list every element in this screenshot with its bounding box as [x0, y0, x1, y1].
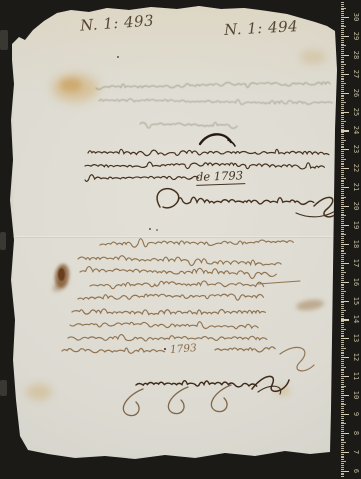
- ruler-tick: [341, 267, 344, 268]
- ruler-tick: [341, 212, 344, 213]
- ruler-tick: [341, 153, 344, 154]
- ruler-tick: [341, 257, 344, 258]
- ruler-tick: [341, 331, 344, 332]
- ruler-tick: [341, 108, 344, 109]
- ruler-tick: [341, 147, 344, 148]
- ruler-tick: [341, 45, 346, 46]
- ruler-tick: [341, 138, 344, 139]
- ruler-tick: [341, 34, 344, 35]
- bleed-through-text: [96, 82, 332, 128]
- ruler-tick: [341, 265, 344, 266]
- ruler-tick: [341, 79, 344, 80]
- flourish-loops: [123, 385, 231, 416]
- ruler-tick: [341, 348, 346, 349]
- ruler-tick: [341, 429, 344, 430]
- ruler-tick: [341, 246, 344, 247]
- scan-background: N. 1: 493 N. 1: 494 de 1793 1793 3029282…: [0, 0, 361, 479]
- ruler-number: 29: [352, 29, 360, 43]
- handwriting-line: [85, 162, 324, 169]
- ruler-tick: [341, 172, 344, 173]
- ruler-tick: [341, 89, 344, 90]
- ruler-tick: [341, 64, 346, 65]
- ruler-number: 28: [352, 48, 360, 62]
- ruler-tick: [341, 416, 344, 417]
- ruler-tick: [341, 202, 344, 203]
- ruler-tick: [341, 214, 344, 215]
- ruler-tick: [341, 161, 344, 162]
- ruler-tick: [341, 382, 344, 383]
- ruler-tick: [341, 72, 344, 73]
- ruler-tick: [341, 123, 344, 124]
- ruler-tick: [341, 442, 346, 443]
- ruler-tick: [341, 98, 344, 99]
- ruler-tick: [341, 456, 344, 457]
- ruler-tick: [341, 406, 344, 407]
- ruler-tick: [341, 403, 344, 404]
- ruler-tick: [341, 261, 344, 262]
- ruler-tick: [341, 13, 344, 14]
- ruler-tick: [341, 198, 344, 199]
- ruler-tick: [341, 465, 344, 466]
- ruler-tick: [341, 174, 344, 175]
- document-page: N. 1: 493 N. 1: 494 de 1793 1793: [0, 0, 361, 479]
- ruler-number: 15: [352, 294, 360, 308]
- ruler-tick: [341, 448, 344, 449]
- ruler-tick: [341, 26, 346, 27]
- ruler-tick: [341, 40, 344, 41]
- handwriting-line: [80, 267, 276, 279]
- ruler-tick: [341, 335, 344, 336]
- handwriting-layer: [0, 0, 361, 479]
- ruler-tick: [341, 185, 344, 186]
- ruler-tick: [341, 132, 344, 133]
- second-entry-text: [62, 239, 300, 354]
- ruler-tick: [341, 325, 344, 326]
- handwriting-line: [100, 239, 293, 248]
- ruler-tick: [341, 391, 344, 392]
- ruler-tick: [341, 389, 344, 390]
- ruler-tick: [341, 408, 344, 409]
- ruler-tick: [341, 425, 344, 426]
- ruler-tick: [341, 96, 344, 97]
- ruler-tick: [341, 285, 344, 286]
- ruler-tick: [341, 302, 344, 303]
- ruler-tick: [341, 215, 346, 216]
- ruler-number: 14: [352, 312, 360, 326]
- ruler-tick: [341, 32, 344, 33]
- ruler-tick: [341, 333, 344, 334]
- ruler-tick: [341, 268, 344, 269]
- ruler-tick: [341, 21, 344, 22]
- handwriting-line: [96, 82, 330, 89]
- ruler-tick: [341, 164, 344, 165]
- ruler-tick: [341, 280, 344, 281]
- ruler-tick: [341, 204, 344, 205]
- ruler-tick: [341, 353, 344, 354]
- ruler-tick: [341, 459, 344, 460]
- ruler-tick: [341, 233, 344, 234]
- ruler-tick: [341, 57, 344, 58]
- final-signature: [136, 376, 289, 394]
- ruler-tick: [341, 140, 346, 141]
- ruler-tick: [341, 251, 344, 252]
- ruler-tick: [341, 170, 344, 171]
- ruler-tick: [341, 384, 344, 385]
- ruler-number: 7: [352, 445, 360, 459]
- ruler-number: 23: [352, 142, 360, 156]
- ruler-tick: [341, 270, 344, 271]
- ruler-tick: [341, 30, 344, 31]
- background-debris: [0, 30, 8, 50]
- ruler-tick: [341, 278, 344, 279]
- handwriting-line: [72, 309, 265, 315]
- ruler-tick: [341, 350, 344, 351]
- ruler-tick: [341, 467, 344, 468]
- ruler-tick: [341, 217, 344, 218]
- ruler-tick: [341, 295, 344, 296]
- ruler-tick: [341, 378, 344, 379]
- ruler-tick: [341, 255, 344, 256]
- ruler-tick: [341, 134, 344, 135]
- ruler-number: 19: [352, 218, 360, 232]
- ruler-tick: [341, 321, 344, 322]
- ruler-tick: [341, 404, 346, 405]
- ruler-tick: [341, 344, 344, 345]
- ruler-tick: [341, 234, 346, 235]
- handwriting-line: [70, 322, 258, 329]
- ruler-tick: [341, 293, 344, 294]
- ruler-tick: [341, 253, 346, 254]
- prior-signature: [157, 189, 340, 217]
- ruler-tick: [341, 440, 344, 441]
- ruler-number: 17: [352, 256, 360, 270]
- ruler-tick: [341, 463, 344, 464]
- ruler-number: 16: [352, 275, 360, 289]
- ruler-tick: [341, 155, 344, 156]
- handwriting-line: [88, 149, 329, 155]
- ruler-tick: [341, 310, 346, 311]
- ruler-tick: [341, 6, 344, 7]
- date-flourish: [280, 347, 314, 370]
- ruler-tick: [341, 238, 344, 239]
- ruler-tick: [341, 229, 344, 230]
- ruler-tick: [341, 431, 344, 432]
- ruler-tick: [341, 104, 344, 105]
- ruler-tick: [341, 469, 344, 470]
- ruler-tick: [341, 340, 344, 341]
- ruler-tick: [341, 427, 344, 428]
- ruler: 3029282726252423222120191817161514131211…: [340, 0, 361, 479]
- ruler-tick: [341, 361, 344, 362]
- ruler-tick: [341, 191, 344, 192]
- ruler-tick: [341, 197, 346, 198]
- ruler-tick: [341, 312, 344, 313]
- ruler-tick: [341, 83, 346, 84]
- ruler-tick: [341, 289, 344, 290]
- handwriting-line: [136, 381, 257, 387]
- ruler-tick: [341, 23, 344, 24]
- ruler-number: 26: [352, 86, 360, 100]
- handwriting-line: [78, 256, 281, 266]
- ruler-tick: [341, 365, 344, 366]
- ruler-tick: [341, 42, 344, 43]
- ruler-tick: [341, 44, 344, 45]
- ruler-tick: [341, 227, 344, 228]
- ruler-tick: [341, 318, 344, 319]
- ruler-tick: [341, 372, 344, 373]
- ruler-tick: [341, 176, 344, 177]
- ruler-tick: [341, 221, 344, 222]
- handwriting-line: [68, 335, 267, 341]
- ruler-tick: [341, 418, 344, 419]
- ruler-tick: [341, 422, 344, 423]
- ruler-tick: [341, 125, 344, 126]
- ruler-tick: [341, 223, 344, 224]
- ruler-tick: [341, 49, 344, 50]
- ruler-number: 27: [352, 67, 360, 81]
- ruler-tick: [341, 327, 344, 328]
- ruler-number: 25: [352, 105, 360, 119]
- handwriting-line: [78, 294, 264, 300]
- ruler-tick: [341, 95, 344, 96]
- ruler-tick: [341, 129, 344, 130]
- ruler-tick: [341, 119, 344, 120]
- ruler-number: 10: [352, 388, 360, 402]
- ruler-tick: [341, 208, 344, 209]
- ruler-tick: [341, 236, 344, 237]
- background-debris: [0, 380, 7, 396]
- ruler-tick: [341, 314, 344, 315]
- ruler-tick: [341, 363, 344, 364]
- ruler-number: 11: [352, 369, 360, 383]
- ruler-tick: [341, 306, 344, 307]
- ruler-tick: [341, 195, 344, 196]
- ruler-tick: [341, 91, 344, 92]
- ruler-tick: [341, 250, 344, 251]
- ruler-tick: [341, 446, 344, 447]
- ruler-tick: [341, 439, 344, 440]
- handwriting-line: [62, 348, 165, 353]
- ruler-tick: [341, 25, 344, 26]
- ruler-tick: [341, 159, 346, 160]
- ruler-tick: [341, 367, 346, 368]
- ruler-tick: [341, 476, 344, 477]
- ruler-tick: [341, 412, 344, 413]
- ruler-tick: [341, 53, 344, 54]
- ruler-tick: [341, 115, 344, 116]
- ruler-number: 6: [352, 464, 360, 478]
- ruler-number: 8: [352, 426, 360, 440]
- ruler-tick: [341, 323, 344, 324]
- ruler-tick: [341, 304, 344, 305]
- ruler-tick: [341, 342, 344, 343]
- background-debris: [0, 232, 6, 250]
- ruler-tick: [341, 231, 344, 232]
- ruler-tick: [341, 299, 344, 300]
- ruler-tick: [341, 397, 344, 398]
- ruler-tick: [341, 473, 344, 474]
- ruler-tick: [341, 316, 344, 317]
- handwriting-line: [90, 281, 264, 289]
- ink-blot: [200, 134, 235, 146]
- ruler-tick: [341, 399, 344, 400]
- ruler-tick: [341, 461, 346, 462]
- ruler-tick: [341, 110, 344, 111]
- ruler-tick: [341, 62, 344, 63]
- ruler-tick: [341, 240, 344, 241]
- ruler-tick: [341, 8, 346, 9]
- ruler-tick: [341, 78, 344, 79]
- ruler-tick: [341, 11, 344, 12]
- ruler-number: 18: [352, 237, 360, 251]
- ruler-tick: [341, 346, 344, 347]
- ruler-tick: [341, 369, 344, 370]
- ruler-tick: [341, 437, 344, 438]
- ruler-tick: [341, 117, 344, 118]
- handwriting-line: [85, 175, 198, 182]
- ruler-tick: [341, 51, 344, 52]
- ruler-tick: [341, 287, 344, 288]
- ruler-tick: [341, 291, 346, 292]
- ruler-tick: [341, 166, 344, 167]
- ruler-tick: [341, 38, 344, 39]
- ruler-tick: [341, 142, 344, 143]
- ruler-tick: [341, 66, 344, 67]
- ruler-number: 24: [352, 123, 360, 137]
- ruler-tick: [341, 380, 344, 381]
- ruler-tick: [341, 70, 344, 71]
- ruler-tick: [341, 178, 346, 179]
- ruler-tick: [341, 435, 344, 436]
- ruler-tick: [341, 308, 344, 309]
- ruler-tick: [341, 410, 344, 411]
- ruler-tick: [341, 420, 344, 421]
- ruler-tick: [341, 355, 344, 356]
- ruler-tick: [341, 242, 344, 243]
- ruler-tick: [341, 163, 344, 164]
- ruler-tick: [341, 474, 344, 475]
- ruler-tick: [341, 387, 344, 388]
- ruler-tick: [341, 219, 344, 220]
- ruler-tick: [341, 121, 346, 122]
- ruler-tick: [341, 374, 344, 375]
- ruler-tick: [341, 454, 344, 455]
- ruler-tick: [341, 401, 344, 402]
- ruler-tick: [341, 47, 344, 48]
- ruler-tick: [341, 19, 344, 20]
- ruler-tick: [341, 352, 344, 353]
- ruler-tick: [341, 136, 344, 137]
- ruler-tick: [341, 157, 344, 158]
- ruler-tick: [341, 193, 344, 194]
- ruler-tick: [341, 180, 344, 181]
- handwriting-line: [178, 197, 314, 204]
- ruler-tick: [341, 68, 344, 69]
- handwriting-line: [140, 122, 237, 128]
- ruler-tick: [341, 59, 344, 60]
- ruler-tick: [341, 28, 344, 29]
- ruler-tick: [341, 151, 344, 152]
- ruler-tick: [341, 359, 344, 360]
- ruler-tick: [341, 15, 344, 16]
- ruler-tick: [341, 106, 344, 107]
- ruler-tick: [341, 100, 344, 101]
- ruler-tick: [341, 87, 344, 88]
- ruler-tick: [341, 146, 344, 147]
- ruler-tick: [341, 181, 344, 182]
- ruler-tick: [341, 85, 344, 86]
- ruler-tick: [341, 183, 344, 184]
- ruler-number: 21: [352, 180, 360, 194]
- ruler-tick: [341, 457, 344, 458]
- handwriting-line: [215, 347, 275, 352]
- ruler-number: 12: [352, 350, 360, 364]
- ruler-tick: [341, 81, 344, 82]
- entry-date-fragment: de 1793: [196, 168, 246, 186]
- ruler-tick: [341, 102, 346, 103]
- ruler-tick: [341, 9, 344, 10]
- ruler-tick: [341, 144, 344, 145]
- ruler-tick: [341, 200, 344, 201]
- ruler-number: 13: [352, 331, 360, 345]
- ruler-tick: [341, 248, 344, 249]
- ruler-tick: [341, 276, 344, 277]
- ruler-tick: [341, 272, 346, 273]
- ruler-number: 22: [352, 161, 360, 175]
- ruler-tick: [341, 210, 344, 211]
- ruler-tick: [341, 4, 344, 5]
- ruler-tick: [341, 76, 344, 77]
- ruler-tick: [341, 113, 344, 114]
- ruler-tick: [341, 444, 344, 445]
- ruler-tick: [341, 259, 344, 260]
- ruler-tick: [341, 370, 344, 371]
- ruler-tick: [341, 189, 344, 190]
- ruler-tick: [341, 127, 344, 128]
- ruler-tick: [341, 386, 346, 387]
- ruler-number: 30: [352, 10, 360, 24]
- ruler-tick: [341, 2, 344, 3]
- ruler-tick: [341, 61, 344, 62]
- ruler-number: 20: [352, 199, 360, 213]
- ruler-tick: [341, 284, 344, 285]
- ruler-tick: [341, 274, 344, 275]
- ruler-tick: [341, 450, 344, 451]
- ruler-tick: [341, 393, 344, 394]
- ruler-tick: [341, 297, 344, 298]
- ruler-tick: [341, 336, 344, 337]
- ruler-number: 9: [352, 407, 360, 421]
- ruler-tick: [341, 423, 346, 424]
- second-entry-date-fragment: 1793: [170, 342, 198, 356]
- handwriting-line: [99, 99, 332, 105]
- ruler-tick: [341, 329, 346, 330]
